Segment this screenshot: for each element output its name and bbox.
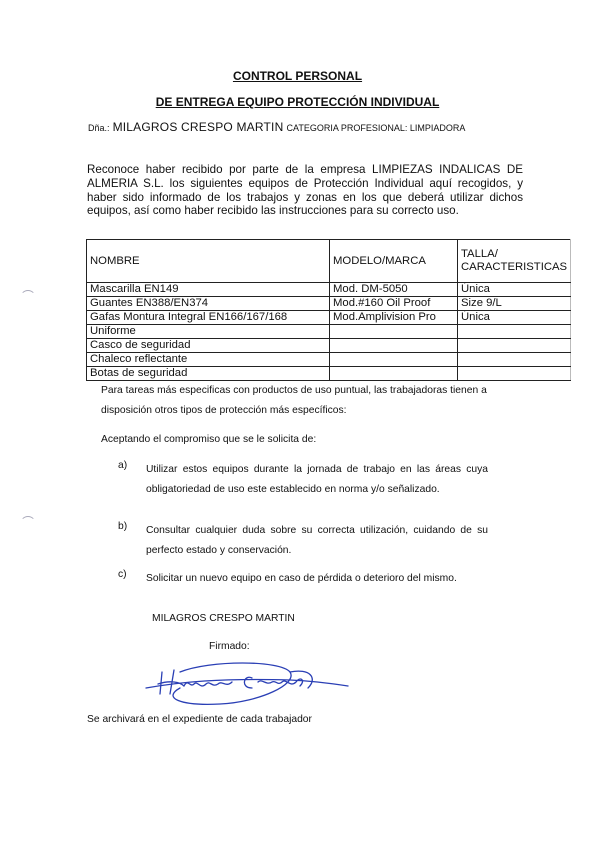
- table-cell: Única: [458, 311, 571, 325]
- column-header: MODELO/MARCA: [330, 240, 458, 283]
- specific-tasks-paragraph: Para tareas más especificas con producto…: [101, 381, 521, 421]
- intro-paragraph: Reconoce haber recibido por parte de la …: [87, 163, 523, 218]
- table-cell: Mod.Amplivision Pro: [330, 311, 458, 325]
- table-cell: Size 9/L: [458, 297, 571, 311]
- table-cell: [458, 367, 571, 381]
- table-cell: [458, 339, 571, 353]
- table-cell: [330, 353, 458, 367]
- table-cell: Única: [458, 283, 571, 297]
- commitment-text: Solicitar un nuevo equipo en caso de pér…: [146, 569, 488, 589]
- table-cell: Mascarilla EN149: [87, 283, 330, 297]
- column-header: NOMBRE: [87, 240, 330, 283]
- worker-line: Dña.: MILAGROS CRESPO MARTIN CATEGORIA P…: [88, 120, 465, 134]
- table-row: Gafas Montura Integral EN166/167/168Mod.…: [87, 311, 571, 325]
- ppe-table: NOMBREMODELO/MARCATALLA/ CARACTERISTICAS…: [86, 239, 571, 381]
- commitment-text: Consultar cualquier duda sobre su correc…: [146, 521, 488, 560]
- commitment-text: Utilizar estos equipos durante la jornad…: [146, 460, 488, 499]
- handwritten-signature: [140, 658, 350, 708]
- worker-category: CATEGORIA PROFESIONAL: LIMPIADORA: [287, 123, 466, 133]
- table-header-row: NOMBREMODELO/MARCATALLA/ CARACTERISTICAS: [87, 240, 571, 283]
- title-control-personal: CONTROL PERSONAL: [0, 69, 595, 83]
- column-header: TALLA/ CARACTERISTICAS: [458, 240, 571, 283]
- table-cell: Mod.#160 Oil Proof: [330, 297, 458, 311]
- table-cell: [458, 325, 571, 339]
- punch-hole-mark: [20, 516, 36, 532]
- table-cell: Uniforme: [87, 325, 330, 339]
- worker-label: Dña.:: [88, 123, 110, 133]
- commitment-intro: Aceptando el compromiso que se le solici…: [101, 430, 316, 450]
- title-entrega-epi: DE ENTREGA EQUIPO PROTECCIÓN INDIVIDUAL: [0, 95, 595, 109]
- signed-label: Firmado:: [209, 641, 250, 652]
- commitment-letter: a): [118, 460, 127, 471]
- table-cell: Chaleco reflectante: [87, 353, 330, 367]
- table-row: Uniforme: [87, 325, 571, 339]
- table-cell: Mod. DM-5050: [330, 283, 458, 297]
- table-row: Casco de seguridad: [87, 339, 571, 353]
- footer-note: Se archivará en el expediente de cada tr…: [87, 714, 312, 725]
- table-row: Guantes EN388/EN374Mod.#160 Oil ProofSiz…: [87, 297, 571, 311]
- commitment-letter: c): [118, 569, 127, 580]
- table-cell: [458, 353, 571, 367]
- commitment-letter: b): [118, 521, 127, 532]
- table-cell: [330, 367, 458, 381]
- table-cell: Gafas Montura Integral EN166/167/168: [87, 311, 330, 325]
- punch-hole-mark: [20, 290, 36, 306]
- table-cell: Casco de seguridad: [87, 339, 330, 353]
- table-row: Chaleco reflectante: [87, 353, 571, 367]
- table-row: Mascarilla EN149Mod. DM-5050Única: [87, 283, 571, 297]
- table-row: Botas de seguridad: [87, 367, 571, 381]
- table-cell: [330, 339, 458, 353]
- table-cell: [330, 325, 458, 339]
- table-cell: Guantes EN388/EN374: [87, 297, 330, 311]
- table-cell: Botas de seguridad: [87, 367, 330, 381]
- worker-name: MILAGROS CRESPO MARTIN: [113, 120, 284, 134]
- signatory-name: MILAGROS CRESPO MARTIN: [152, 613, 295, 624]
